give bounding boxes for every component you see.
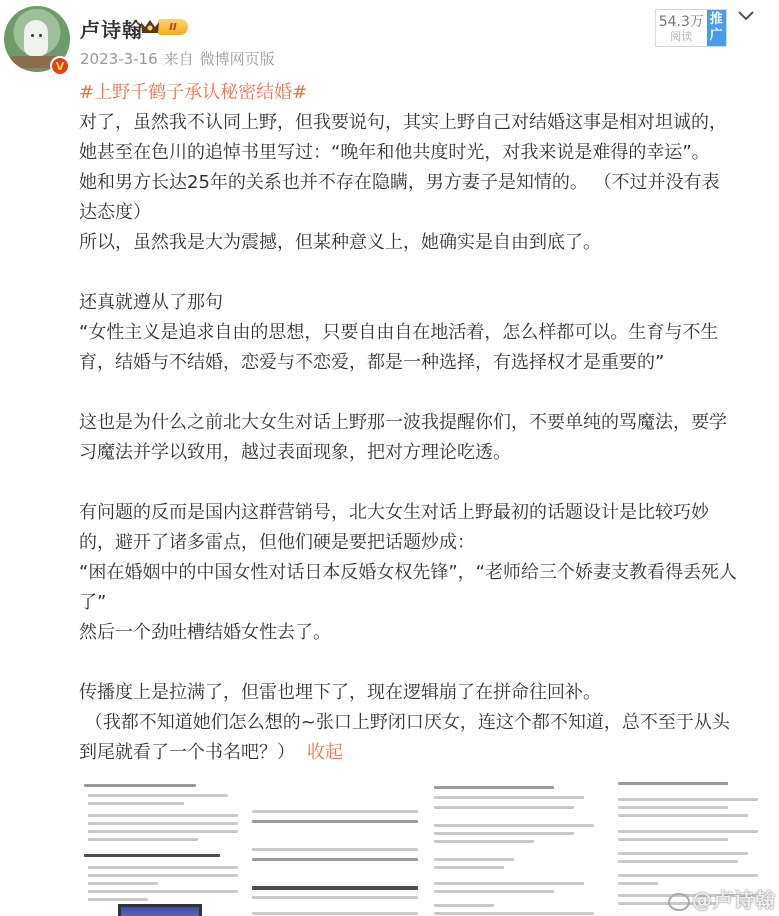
level-label: II — [158, 19, 188, 35]
blank-line — [79, 378, 769, 408]
text-line: 传播度上是拉满了，但雷也埋下了，现在逻辑崩了在拼命往回补。 — [79, 678, 769, 708]
text-line: 然后一个劲吐槽结婚女性去了。 — [79, 618, 769, 648]
crown-icon — [140, 19, 160, 35]
post-image-1[interactable] — [80, 780, 242, 916]
post-image-2[interactable] — [248, 780, 420, 916]
text-line: 习魔法并学以致用，越过表面现象，把对方理论吃透。 — [79, 438, 769, 468]
post-meta: 2023-3-16来自微博网页版 — [80, 48, 281, 69]
text-line: 对了，虽然我不认同上野，但我要说句，其实上野自己对结婚这事是相对坦诚的， — [79, 108, 769, 138]
text-line: 到尾就看了一个书名吧？）收起 — [79, 738, 769, 768]
text-line: 这也是为什么之前北大女生对话上野那一波我提醒你们，不要单纯的骂魔法，要学 — [79, 408, 769, 438]
text-line: 达态度） — [79, 198, 769, 228]
post-image-3[interactable] — [426, 780, 604, 916]
post-date[interactable]: 2023-3-16 — [80, 50, 158, 68]
text-line: （我都不知道她们怎么想的~张口上野闭口厌女，连这个都不知道，总不至于从头 — [79, 708, 769, 738]
text-line: 育，结婚与不结婚，恋爱与不恋爱，都是一种选择，有选择权才是重要的” — [79, 348, 769, 378]
text-line: 了” — [79, 588, 769, 618]
text-line: 有问题的反而是国内这群营销号，北大女生对话上野最初的话题设计是比较巧妙 — [79, 498, 769, 528]
blank-line — [79, 648, 769, 678]
watermark-text: @卢诗翰 — [692, 888, 776, 912]
text-line: 她和男方长达25年的关系也并不存在隐瞒，男方妻子是知情的。 （不过并没有表 — [79, 168, 769, 198]
text-line: 还真就遵从了那句 — [79, 288, 769, 318]
post-source: 微博网页版 — [200, 50, 275, 68]
weibo-watermark: @卢诗翰 — [668, 884, 776, 913]
collapse-link[interactable]: 收起 — [307, 742, 343, 763]
author-name[interactable]: 卢诗翰 — [80, 14, 143, 43]
read-count-box: 54.3万 阅读 推 广 — [655, 9, 727, 47]
moomin-eye — [31, 34, 34, 37]
read-label: 阅读 — [670, 30, 692, 43]
promote-label-2: 广 — [710, 28, 723, 44]
member-level-badge[interactable]: II — [140, 17, 188, 37]
text-line: 的，避开了诸多雷点，但他们硬是要把话题炒成： — [79, 528, 769, 558]
embedded-photo — [118, 904, 202, 916]
text-line: “困在婚姻中的中国女性对话日本反婚女权先锋”，“老师给三个娇妻支教看得丢死人 — [79, 558, 769, 588]
weibo-logo-icon — [668, 893, 690, 911]
text-line: 所以，虽然我是大为震撼，但某种意义上，她确实是自由到底了。 — [79, 228, 769, 258]
read-count: 54.3万 — [659, 14, 704, 30]
moomin-eye — [39, 34, 42, 37]
text-line: 她甚至在色川的追悼书里写过：“晚年和他共度时光，对我来说是难得的幸运”。 — [79, 138, 769, 168]
source-prefix: 来自 — [164, 50, 194, 68]
verified-badge-icon: V — [50, 56, 70, 76]
post-content: #上野千鹤子承认秘密结婚# 对了，虽然我不认同上野，但我要说句，其实上野自己对结… — [79, 78, 769, 768]
promote-label-1: 推 — [710, 12, 723, 28]
text-line: “女性主义是追求自由的思想，只要自由自在地活着，怎么样都可以。生育与不生 — [79, 318, 769, 348]
blank-line — [79, 258, 769, 288]
hashtag-link[interactable]: #上野千鹤子承认秘密结婚# — [79, 78, 769, 108]
moomin-figure — [24, 20, 48, 56]
chevron-down-icon[interactable] — [736, 8, 756, 24]
text-line-end: 到尾就看了一个书名吧？） — [79, 742, 295, 763]
read-count-wrap: 54.3万 阅读 — [656, 10, 707, 46]
blank-line — [79, 468, 769, 498]
promote-button[interactable]: 推 广 — [707, 10, 726, 46]
